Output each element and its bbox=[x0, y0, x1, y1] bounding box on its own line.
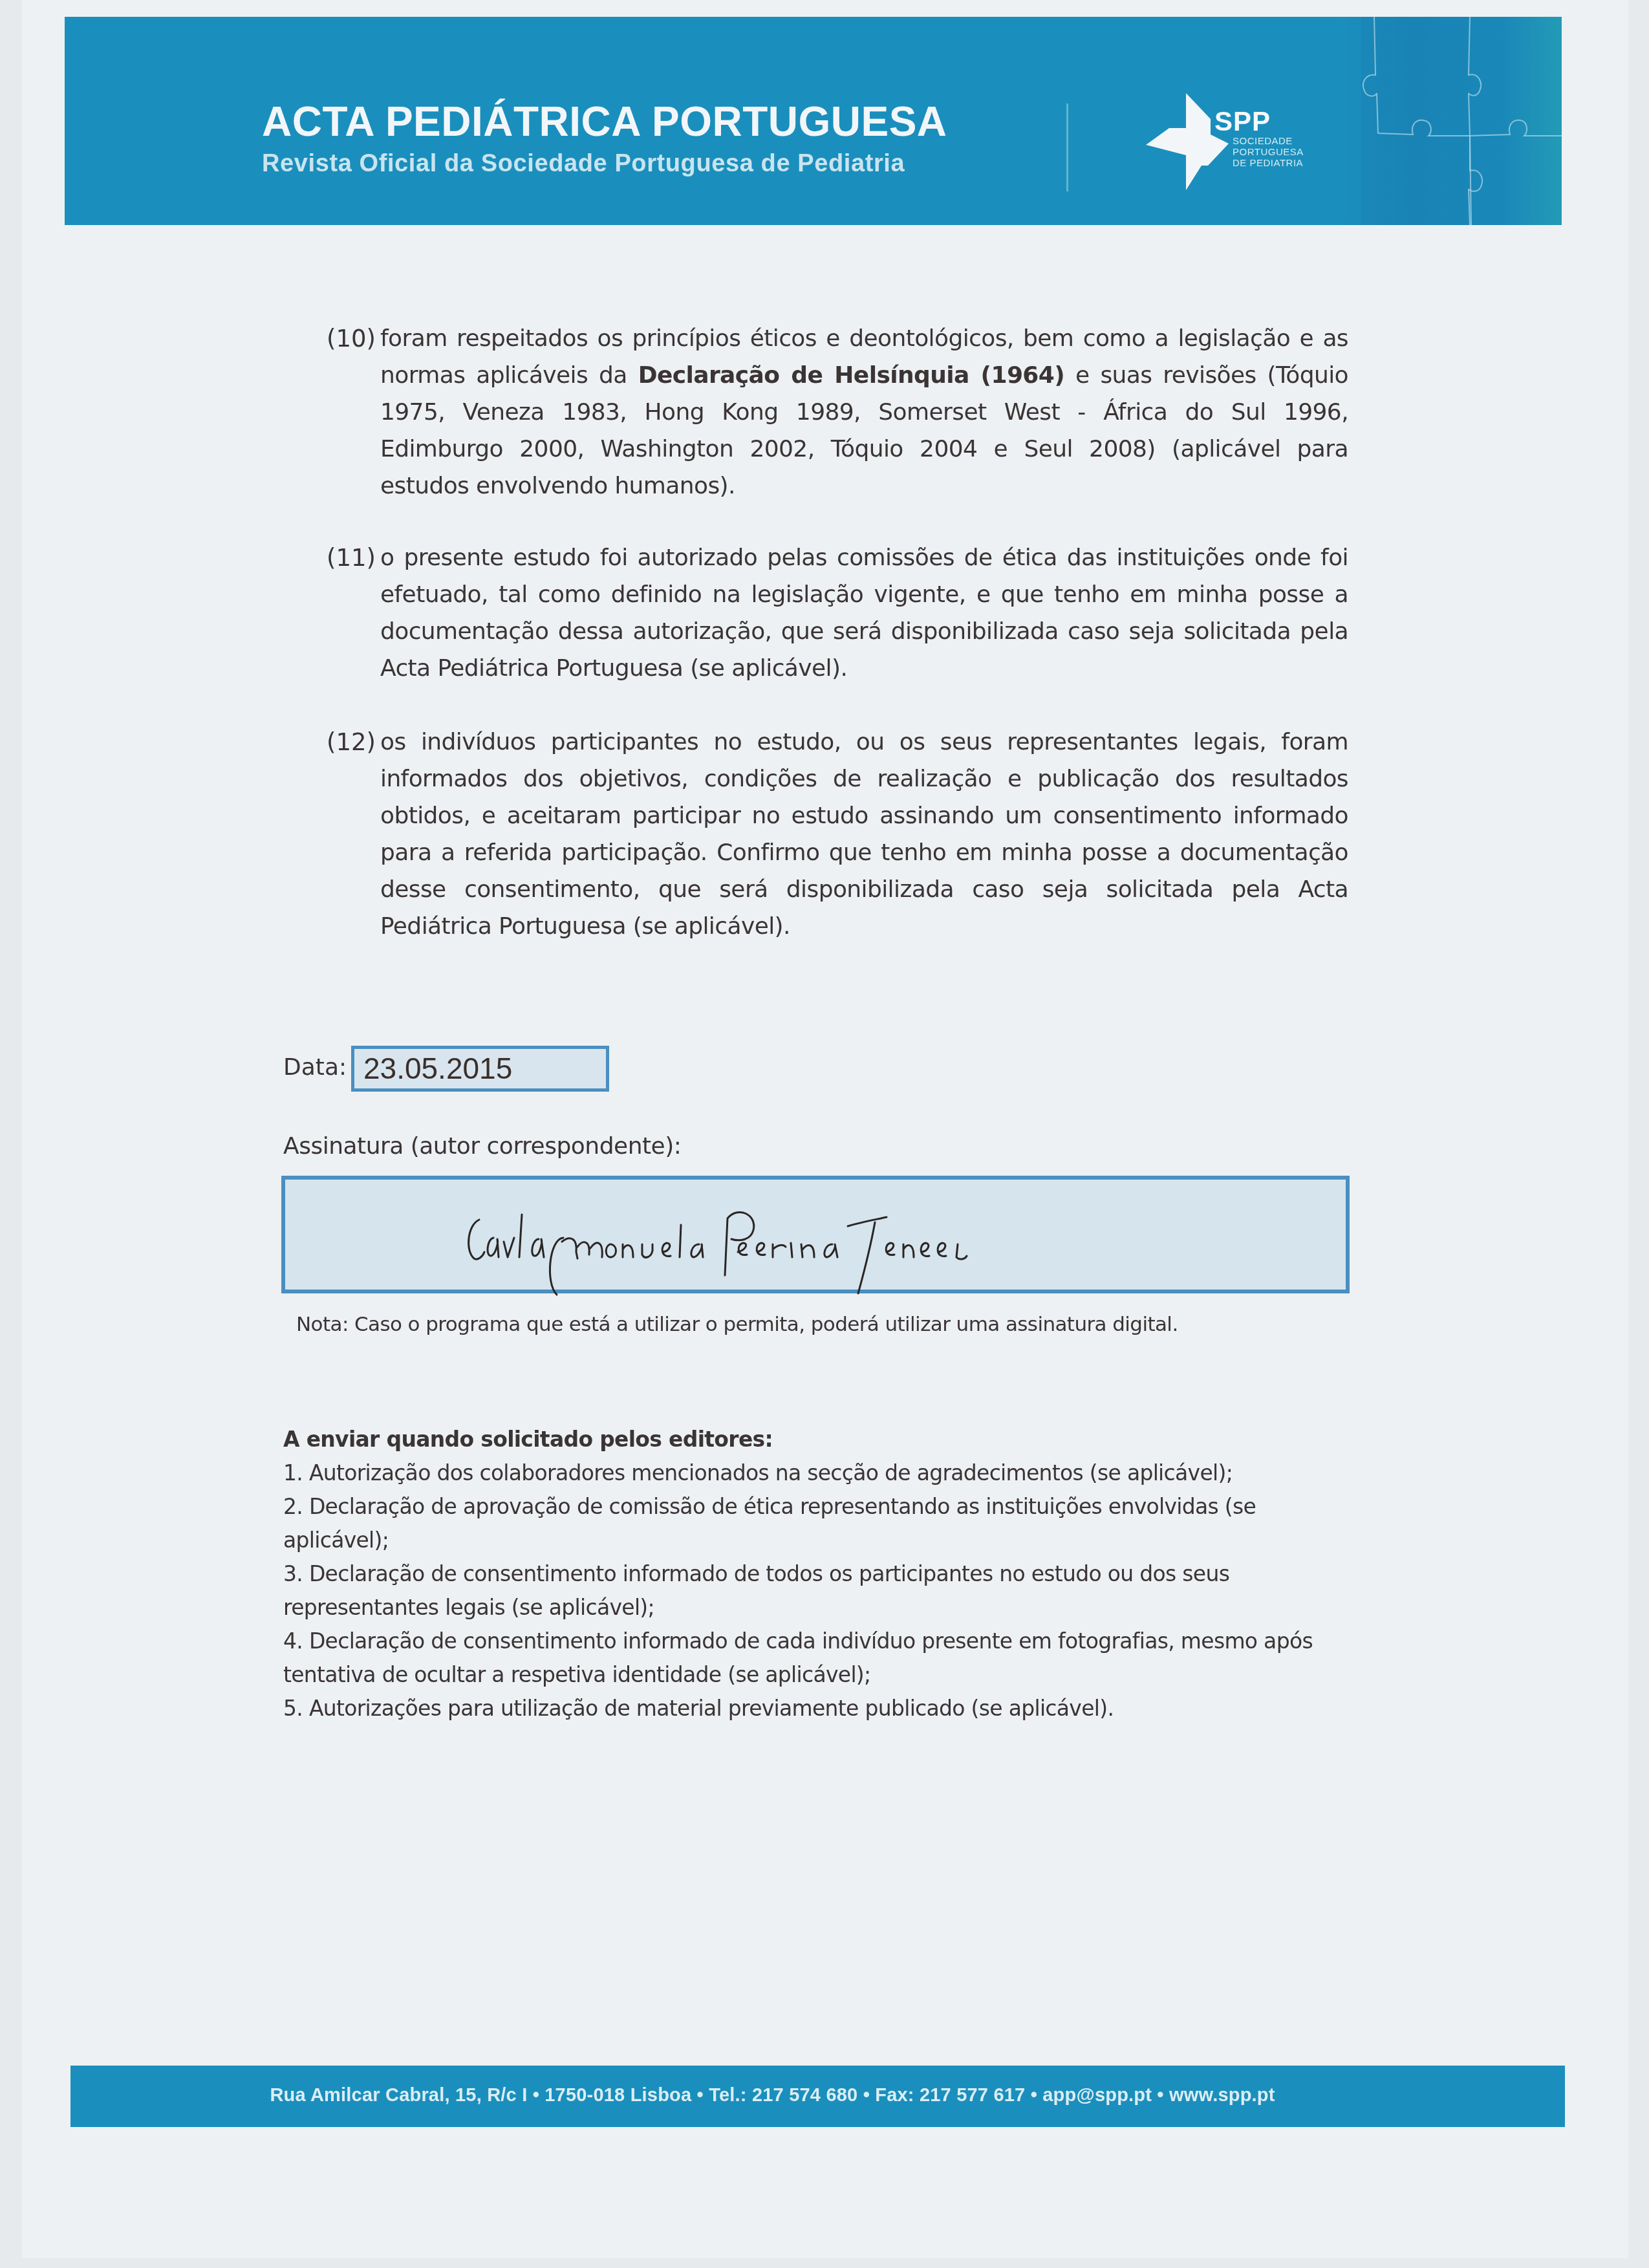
logo-line-2: PORTUGUESA bbox=[1233, 147, 1304, 158]
documents-to-send: A enviar quando solicitado pelos editore… bbox=[283, 1423, 1357, 1725]
contact-footer: Rua Amilcar Cabral, 15, R/c I • 1750-018… bbox=[70, 2066, 1565, 2127]
send-list-item: 5. Autorizações para utilização de mater… bbox=[283, 1692, 1357, 1725]
logo-society-name: SOCIEDADE PORTUGUESA DE PEDIATRIA bbox=[1233, 136, 1304, 169]
header-divider bbox=[1066, 103, 1068, 191]
item-number: (11) bbox=[327, 539, 376, 576]
declaration-item-11: (11) o presente estudo foi autorizado pe… bbox=[327, 539, 1348, 687]
send-list-item: 2. Declaração de aprovação de comissão d… bbox=[283, 1490, 1357, 1557]
journal-title: ACTA PEDIÁTRICA PORTUGUESA bbox=[262, 98, 947, 146]
declaration-item-12: (12) os indivíduos participantes no estu… bbox=[327, 724, 1348, 945]
date-field[interactable]: 23.05.2015 bbox=[351, 1046, 609, 1092]
item-number: (10) bbox=[327, 320, 376, 357]
send-list-heading: A enviar quando solicitado pelos editore… bbox=[283, 1423, 1357, 1456]
logo-line-1: SOCIEDADE bbox=[1233, 136, 1304, 147]
helsinki-declaration-bold: Declaração de Helsínquia (1964) bbox=[638, 362, 1064, 389]
send-list-item: 3. Declaração de consentimento informado… bbox=[283, 1557, 1357, 1625]
item-text: os indivíduos participantes no estudo, o… bbox=[380, 724, 1348, 945]
send-list-item: 1. Autorização dos colaboradores mencion… bbox=[283, 1456, 1357, 1490]
item-text: foram respeitados os princípios éticos e… bbox=[380, 320, 1348, 504]
logo-line-3: DE PEDIATRIA bbox=[1233, 158, 1304, 169]
handwritten-signature bbox=[285, 1180, 1346, 1290]
send-list-item: 4. Declaração de consentimento informado… bbox=[283, 1625, 1357, 1692]
journal-header: ACTA PEDIÁTRICA PORTUGUESA Revista Ofici… bbox=[65, 17, 1562, 225]
declaration-item-10: (10) foram respeitados os princípios éti… bbox=[327, 320, 1348, 504]
contact-info: Rua Amilcar Cabral, 15, R/c I • 1750-018… bbox=[70, 2085, 1565, 2106]
item-text: o presente estudo foi autorizado pelas c… bbox=[380, 539, 1348, 687]
journal-subtitle: Revista Oficial da Sociedade Portuguesa … bbox=[262, 150, 905, 178]
digital-signature-note: Nota: Caso o programa que está a utiliza… bbox=[296, 1313, 1178, 1336]
date-label: Data: bbox=[283, 1054, 347, 1081]
item-number: (12) bbox=[327, 724, 376, 761]
puzzle-decoration-icon bbox=[1361, 17, 1562, 225]
logo-abbreviation: SPP bbox=[1214, 106, 1271, 137]
signature-field[interactable] bbox=[281, 1176, 1350, 1293]
signature-label: Assinatura (autor correspondente): bbox=[283, 1133, 681, 1160]
